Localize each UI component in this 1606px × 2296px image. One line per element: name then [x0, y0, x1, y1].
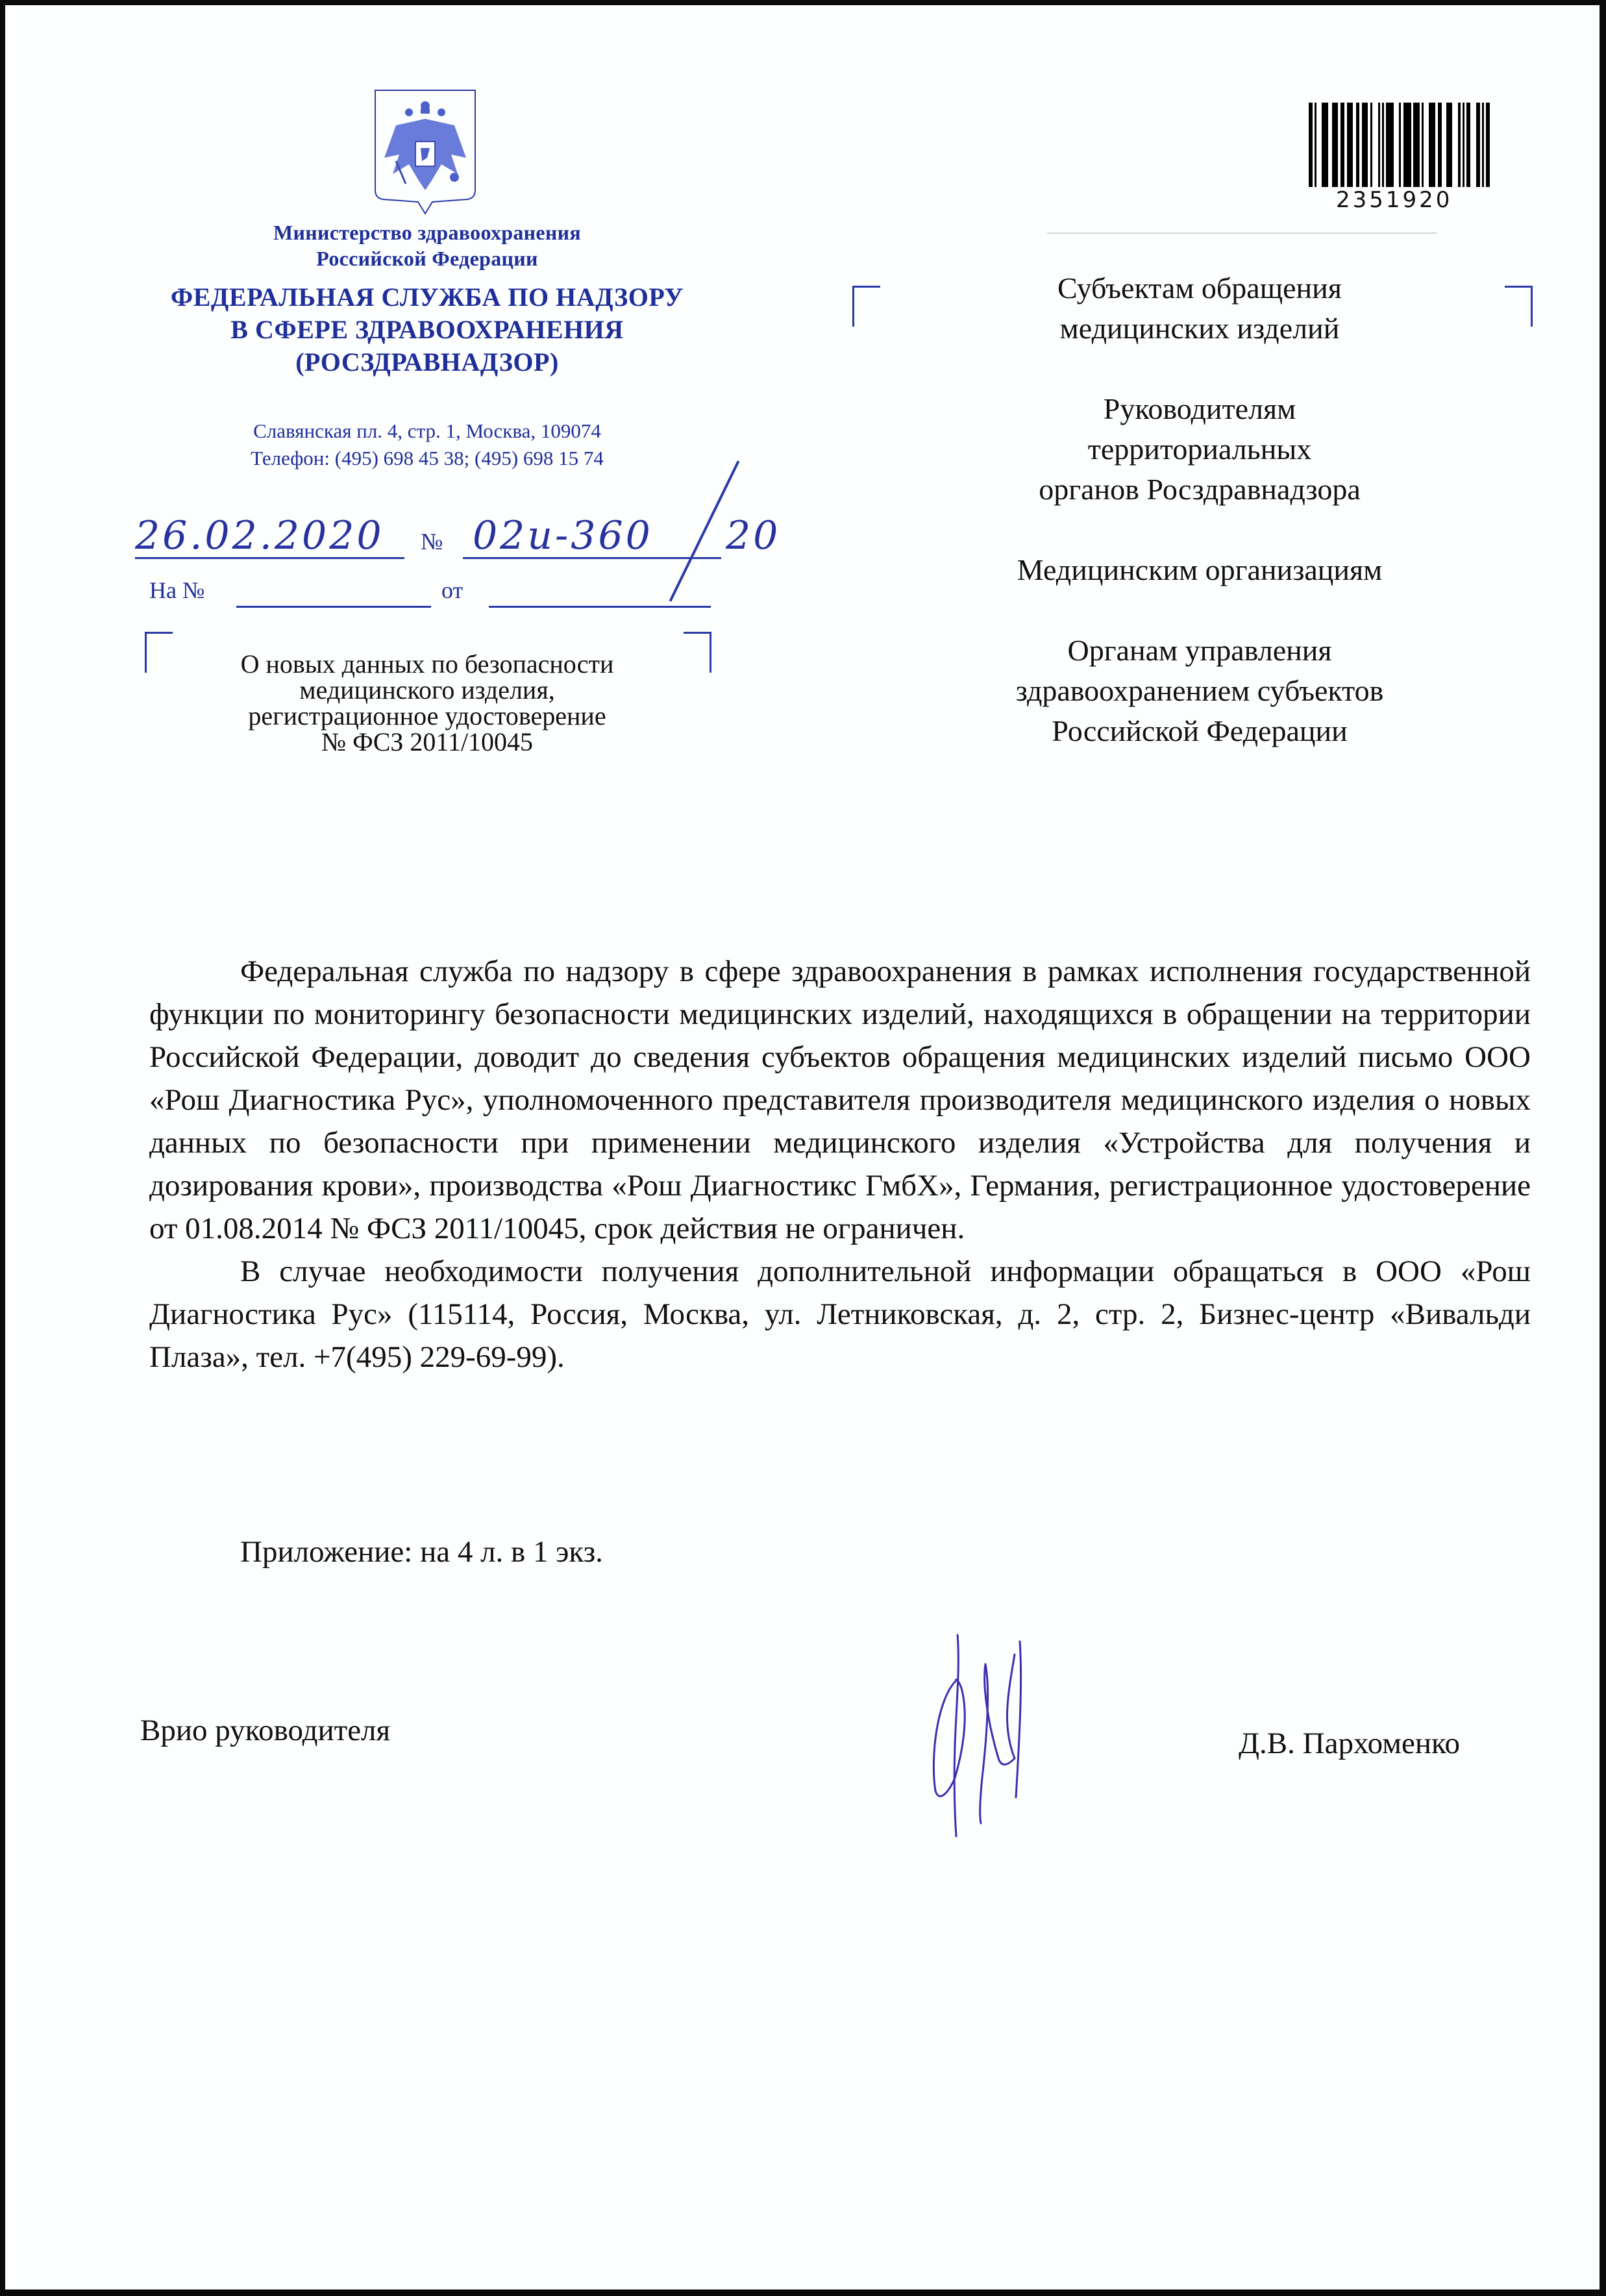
letterhead-address: Славянская пл. 4, стр. 1, Москва, 109074: [167, 418, 687, 445]
subject-line: медицинского изделия,: [148, 677, 706, 703]
registration-date: 26.02.2020: [135, 513, 384, 558]
number-sign: №: [421, 528, 443, 555]
attachment-note: Приложение: на 4 л. в 1 экз.: [240, 1534, 603, 1569]
addressee-line: органов Росздравнадзора: [914, 469, 1485, 510]
barcode-number: 2351920: [1336, 187, 1452, 213]
addressee-line: Руководителям: [914, 389, 1485, 429]
addressee-line: здравоохранением субъектов: [914, 671, 1485, 711]
subject-block: О новых данных по безопасности медицинск…: [148, 651, 706, 755]
coat-of-arms-icon: [370, 86, 480, 216]
addressee-bracket-left: [852, 286, 880, 327]
registration-number: 02и-360: [473, 513, 653, 558]
service-line-3: (РОСЗДРАВНАДЗОР): [122, 346, 732, 379]
letterhead-phone: Телефон: (495) 698 45 38; (495) 698 15 7…: [167, 445, 687, 472]
reply-number-field: [236, 606, 431, 608]
registration-number-suffix: 20: [726, 513, 780, 558]
service-name: ФЕДЕРАЛЬНАЯ СЛУЖБА ПО НАДЗОРУ В СФЕРЕ ЗД…: [122, 281, 732, 379]
subject-line: О новых данных по безопасности: [148, 651, 706, 677]
addressee-line: медицинских изделий: [914, 308, 1485, 349]
letterhead-contacts: Славянская пл. 4, стр. 1, Москва, 109074…: [167, 418, 687, 472]
signatory-title: Врио руководителя: [140, 1713, 390, 1748]
addressee-bracket-right: [1505, 286, 1533, 327]
ministry-line-2: Российской Федерации: [154, 245, 700, 271]
addressee-line: Субъектам обращения: [914, 268, 1485, 308]
subject-line: № ФСЗ 2011/10045: [148, 729, 706, 755]
letter-page: Министерство здравоохранения Российской …: [5, 5, 1600, 2290]
addressee-group: Субъектам обращения медицинских изделий: [914, 268, 1485, 349]
barcode: [1309, 103, 1503, 187]
addressee-group: Органам управления здравоохранением субъ…: [914, 630, 1485, 751]
service-line-2: В СФЕРЕ ЗДРАВООХРАНЕНИЯ: [122, 314, 732, 346]
addressee-line: территориальных: [914, 429, 1485, 469]
reply-from-label: от: [441, 577, 463, 604]
reply-number-label: На №: [149, 577, 204, 604]
addressee-line: Российской Федерации: [914, 711, 1485, 751]
service-line-1: ФЕДЕРАЛЬНАЯ СЛУЖБА ПО НАДЗОРУ: [122, 281, 732, 314]
scan-artifact-line: [1047, 232, 1437, 234]
ministry-line-1: Министерство здравоохранения: [154, 219, 700, 245]
body-paragraph-2: В случае необходимости получения дополни…: [149, 1250, 1531, 1379]
ministry-name: Министерство здравоохранения Российской …: [154, 219, 700, 271]
letter-body: Федеральная служба по надзору в сфере зд…: [149, 950, 1531, 1379]
signatory-name: Д.В. Пархоменко: [1239, 1726, 1460, 1761]
subject-line: регистрационное удостоверение: [148, 703, 706, 729]
reply-date-field: [489, 606, 711, 608]
addressee-line: Медицинским организациям: [914, 550, 1485, 590]
body-paragraph-1: Федеральная служба по надзору в сфере зд…: [149, 950, 1531, 1250]
addressee-line: Органам управления: [914, 630, 1485, 671]
addressee-group: Медицинским организациям: [914, 550, 1485, 590]
addressee-block: Субъектам обращения медицинских изделий …: [914, 268, 1485, 792]
addressee-group: Руководителям территориальных органов Ро…: [914, 389, 1485, 510]
handwritten-signature-icon: [917, 1628, 1080, 1843]
